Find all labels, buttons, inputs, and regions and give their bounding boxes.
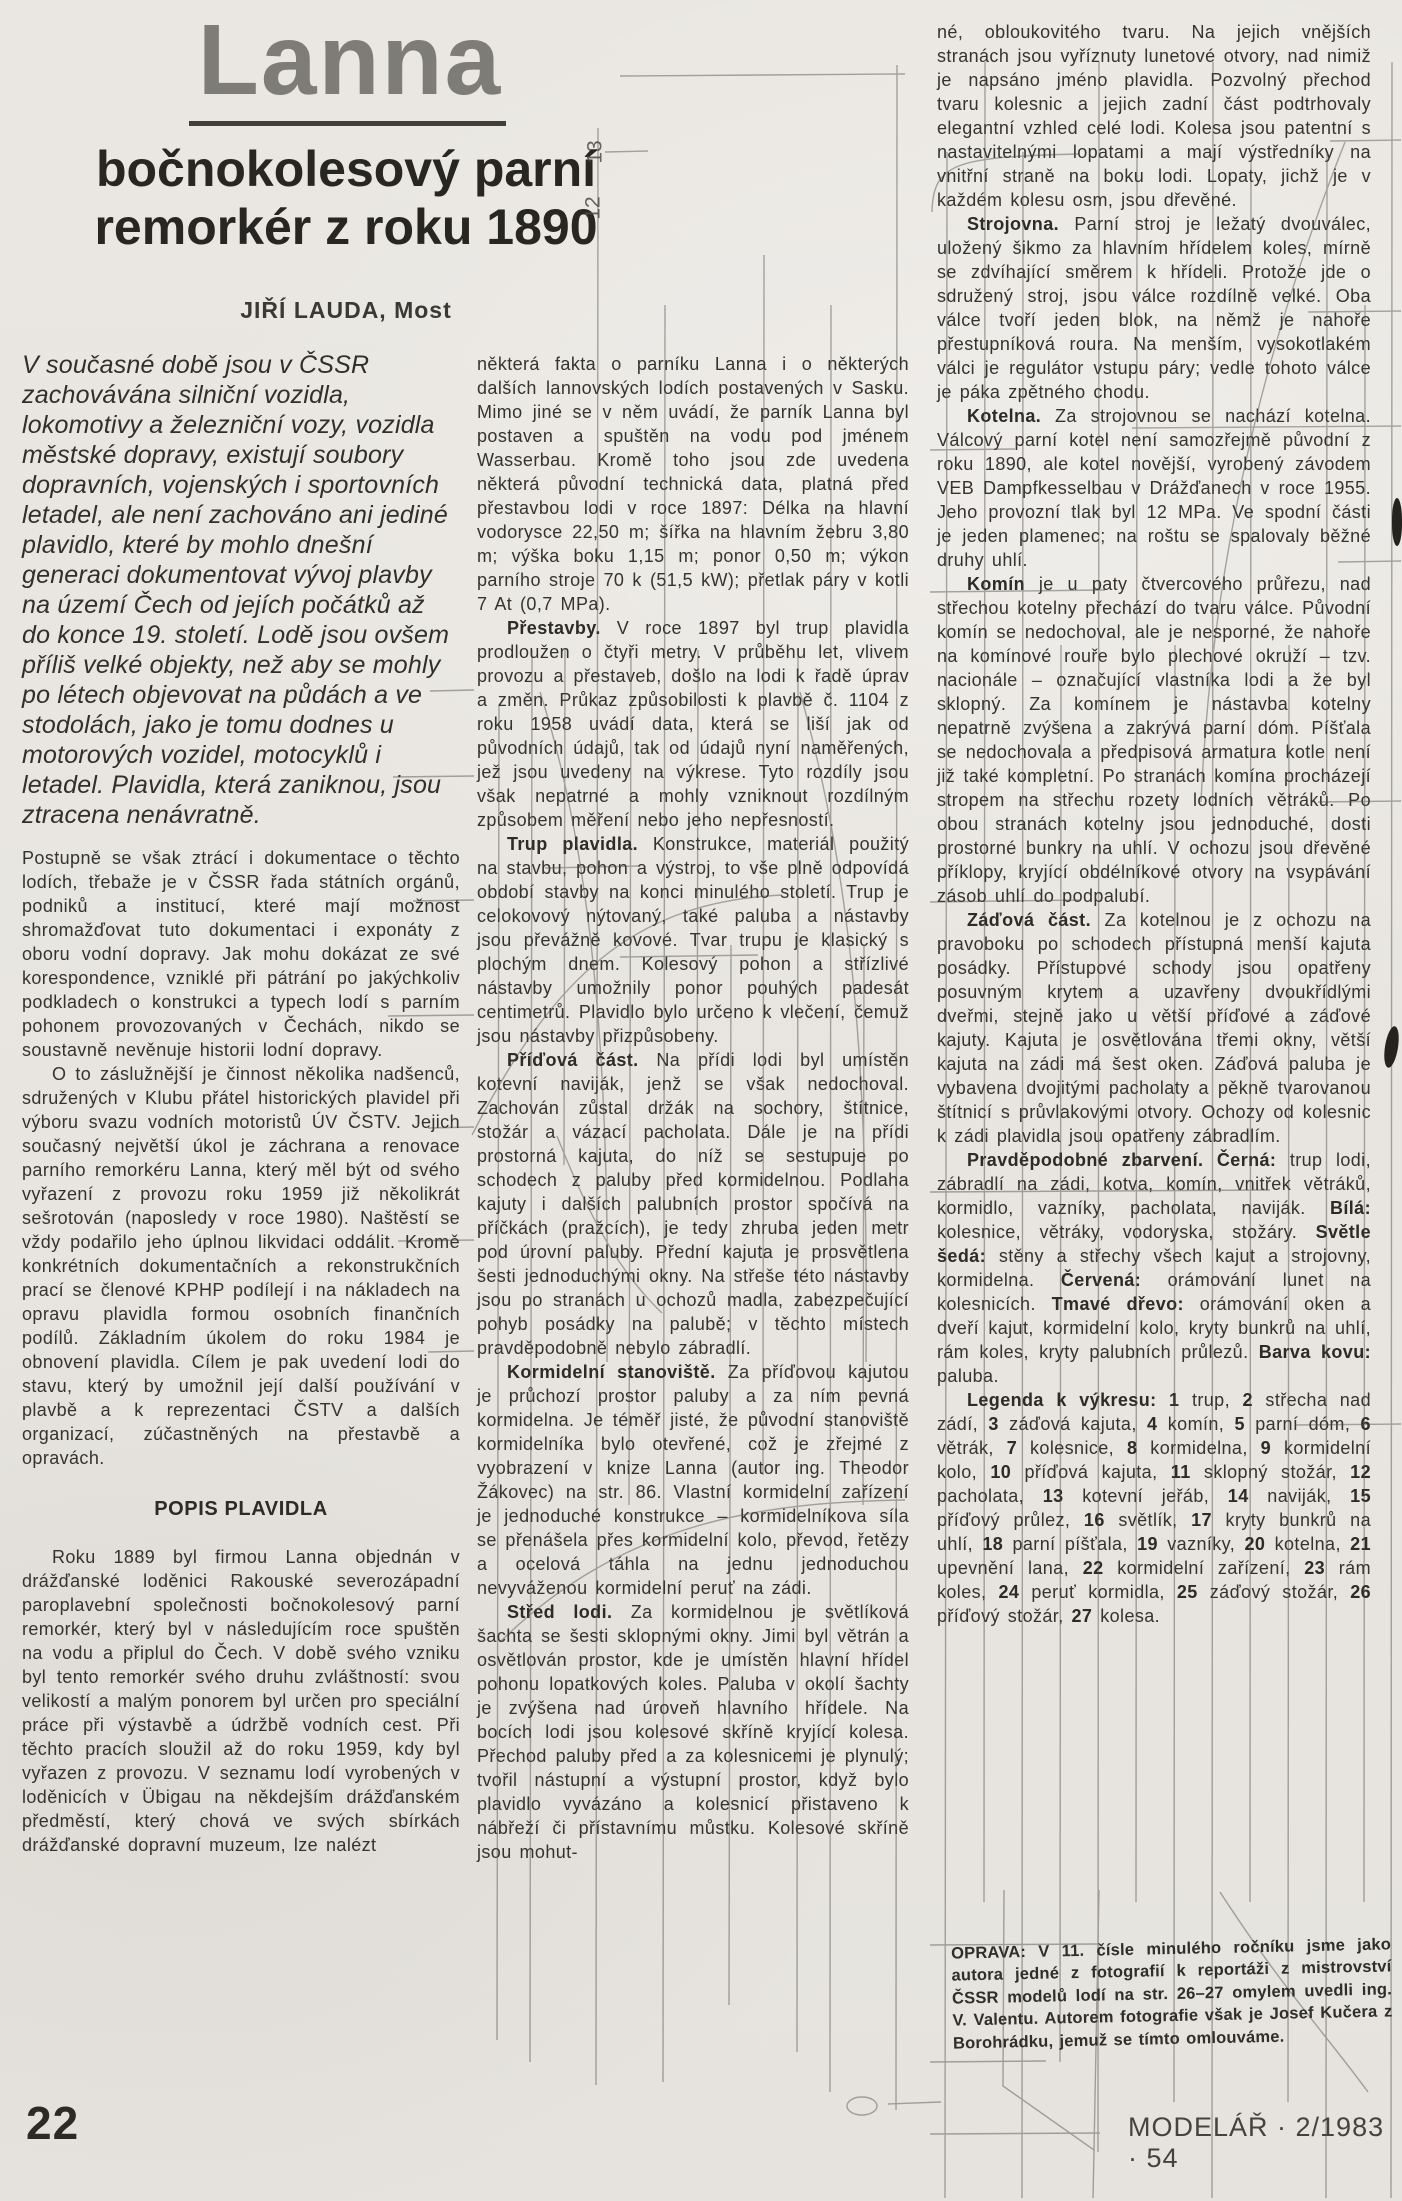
paragraph-bold-run: 22 — [1083, 1558, 1104, 1578]
paragraph-bold-run: 4 — [1147, 1414, 1157, 1434]
drawing-label-12: 12 — [582, 196, 606, 219]
subtitle-line-2: remorkér z roku 1890 — [40, 198, 652, 256]
paragraph-bold-run: 21 — [1350, 1534, 1371, 1554]
paragraph-text-run: kotelna, — [1265, 1534, 1350, 1554]
paragraph-text-run: parní píšťala, — [1003, 1534, 1137, 1554]
paragraph-text-run: Za strojovnou se nachází kotelna. Válcov… — [937, 406, 1371, 570]
paragraph-bold-run: Pravděpodobné zbarvení. Černá: — [967, 1150, 1276, 1170]
section-heading: POPIS PLAVIDLA — [22, 1498, 460, 1521]
paragraph-bold-run: 9 — [1261, 1438, 1271, 1458]
paragraph-text-run: sklopný stožár, — [1191, 1462, 1351, 1482]
paragraph-bold-run: 7 — [1007, 1438, 1017, 1458]
paragraph-bold-run: 5 — [1235, 1414, 1245, 1434]
paragraph-text-run: kolesnice, větráky, vodoryska, stožáry. — [937, 1222, 1316, 1242]
text-column-2: některá fakta o parníku Lanna i o někter… — [477, 352, 909, 1864]
paragraph-bold-run: 18 — [982, 1534, 1003, 1554]
paragraph-text-run: Za kormidelnou je světlíková šachta se š… — [477, 1602, 909, 1862]
paragraph-text-run: kormidelní zařízení, — [1104, 1558, 1305, 1578]
paragraph-bold-run: Legenda k výkresu: — [967, 1390, 1157, 1410]
paragraph-text-run: je u paty čtvercového průřezu, nad střec… — [937, 574, 1371, 906]
paragraph: Kotelna. Za strojovnou se nachází koteln… — [937, 404, 1371, 572]
paragraph-bold-run: 8 — [1127, 1438, 1137, 1458]
paragraph-bold-run: Záďová část. — [967, 910, 1091, 930]
paragraph-text-run: kormidelna, — [1137, 1438, 1260, 1458]
paragraph-text-run: příďová kajuta, — [1011, 1462, 1171, 1482]
lead-paragraph: V současné době jsou v ČSSR zachovávána … — [22, 350, 460, 830]
paragraph: Strojovna. Parní stroj je ležatý dvouvál… — [937, 212, 1371, 404]
paragraph-bold-run: 17 — [1191, 1510, 1212, 1530]
paragraph-bold-run: 1 — [1169, 1390, 1179, 1410]
page-number: 22 — [26, 2096, 79, 2150]
paragraph-text-run: peruť kormidla, — [1019, 1582, 1177, 1602]
scan-edge-mark — [1382, 1025, 1401, 1069]
correction-note: OPRAVA: V 11. čísle minulého ročníku jsm… — [951, 1933, 1393, 2054]
paragraph-bold-run: 14 — [1228, 1486, 1249, 1506]
paragraph-bold-run: 19 — [1137, 1534, 1158, 1554]
page-title: Lanna — [150, 8, 550, 112]
paragraph-text-run: vazníky, — [1158, 1534, 1245, 1554]
drawing-label-13: 13 — [584, 140, 608, 163]
paragraph-text-run: Parní stroj je ležatý dvouválec, uložený… — [937, 214, 1371, 402]
paragraph: Pravděpodobné zbarvení. Černá: trup lodi… — [937, 1148, 1371, 1388]
paragraph-text-run: příďový průlez, — [937, 1510, 1084, 1530]
paragraph-text-run: větrák, — [937, 1438, 1007, 1458]
text-column-1: V současné době jsou v ČSSR zachovávána … — [22, 350, 460, 1857]
paragraph-bold-run: Barva kovu: — [1259, 1342, 1371, 1362]
journal-footer: MODELÁŘ · 2/1983 · 54 — [1128, 2112, 1402, 2174]
paragraph-text-run: upevnění lana, — [937, 1558, 1083, 1578]
paragraph-text-run: kotevní jeřáb, — [1064, 1486, 1228, 1506]
paragraph-text-run: světlík, — [1105, 1510, 1191, 1530]
paragraph-text-run: komín, — [1157, 1414, 1234, 1434]
text-column-3: né, obloukovitého tvaru. Na jejich vnějš… — [937, 20, 1371, 1628]
paragraph-text-run: paluba. — [937, 1366, 999, 1386]
paragraph-bold-run: Trup plavidla. — [507, 834, 638, 854]
paragraph-text-run: O to záslužnější je činnost několika nad… — [22, 1064, 460, 1468]
paragraph-text-run: Na přídi lodi byl umístěn kotevní navijá… — [477, 1050, 909, 1358]
paragraph-bold-run: 16 — [1084, 1510, 1105, 1530]
paragraph-bold-run: 23 — [1304, 1558, 1325, 1578]
paragraph: Kormidelní stanoviště. Za příďovou kajut… — [477, 1360, 909, 1600]
paragraph-bold-run: 27 — [1072, 1606, 1093, 1626]
paragraph: O to záslužnější je činnost několika nad… — [22, 1062, 460, 1470]
page-subtitle: bočnokolesový parní remorkér z roku 1890 — [40, 140, 652, 256]
paragraph: Trup plavidla. Konstrukce, materiál použ… — [477, 832, 909, 1048]
paragraph-text-run: V roce 1897 byl trup plavidla prodloužen… — [477, 618, 909, 830]
paragraph-text-run: některá fakta o parníku Lanna i o někter… — [477, 354, 909, 614]
paragraph-bold-run: 12 — [1350, 1462, 1371, 1482]
paragraph-bold-run: Červená: — [1061, 1270, 1141, 1290]
paragraph-text-run: kolesa. — [1092, 1606, 1160, 1626]
paragraph-bold-run: 25 — [1177, 1582, 1198, 1602]
paragraph-bold-run: 6 — [1361, 1414, 1371, 1434]
paragraph-text-run — [1157, 1390, 1170, 1410]
subtitle-line-1: bočnokolesový parní — [40, 140, 652, 198]
paragraph-bold-run: Střed lodi. — [507, 1602, 612, 1622]
paragraph-text-run: Za příďovou kajutou je průchozí prostor … — [477, 1362, 909, 1598]
paragraph-bold-run: 10 — [990, 1462, 1011, 1482]
paragraph-text-run: záďový stožár, — [1198, 1582, 1350, 1602]
paragraph-text-run: příďový stožár, — [937, 1606, 1072, 1626]
paragraph: Příďová část. Na přídi lodi byl umístěn … — [477, 1048, 909, 1360]
paragraph: Přestavby. V roce 1897 byl trup plavidla… — [477, 616, 909, 832]
paragraph-text-run: záďová kajuta, — [999, 1414, 1147, 1434]
magazine-page: Lanna bočnokolesový parní remorkér z rok… — [0, 0, 1402, 2201]
paragraph: některá fakta o parníku Lanna i o někter… — [477, 352, 909, 616]
paragraph-bold-run: Bílá: — [1330, 1198, 1371, 1218]
paragraph-bold-run: Komín — [967, 574, 1025, 594]
paragraph: Střed lodi. Za kormidelnou je světlíková… — [477, 1600, 909, 1864]
paragraph-bold-run: 20 — [1244, 1534, 1265, 1554]
scan-edge-mark — [1392, 498, 1402, 546]
paragraph-bold-run: Kormidelní stanoviště. — [507, 1362, 716, 1382]
paragraph-text-run: pacholata, — [937, 1486, 1043, 1506]
paragraph-bold-run: 13 — [1043, 1486, 1064, 1506]
title-underline — [189, 121, 506, 126]
paragraph: né, obloukovitého tvaru. Na jejich vnějš… — [937, 20, 1371, 212]
paragraph-text-run: trup, — [1179, 1390, 1242, 1410]
paragraph-bold-run: Strojovna. — [967, 214, 1059, 234]
paragraph: Roku 1889 byl firmou Lanna objednán v dr… — [22, 1545, 460, 1857]
paragraph-text-run: parní dóm, — [1245, 1414, 1361, 1434]
paragraph-text-run: V současné době jsou v ČSSR zachovávána … — [22, 351, 449, 829]
paragraph-text-run: né, obloukovitého tvaru. Na jejich vnějš… — [937, 22, 1371, 210]
paragraph-text-run: Za kotelnou je z ochozu na pravoboku po … — [937, 910, 1371, 1146]
paragraph-bold-run: 24 — [998, 1582, 1019, 1602]
paragraph-text-run: naviják, — [1249, 1486, 1351, 1506]
paragraph-text-run: Postupně se však ztrácí i dokumentace o … — [22, 848, 460, 1060]
paragraph: Komín je u paty čtvercového průřezu, nad… — [937, 572, 1371, 908]
paragraph: Záďová část. Za kotelnou je z ochozu na … — [937, 908, 1371, 1148]
paragraph-text-run: Roku 1889 byl firmou Lanna objednán v dr… — [22, 1547, 460, 1855]
paragraph-bold-run: Kotelna. — [967, 406, 1041, 426]
paragraph-bold-run: Příďová část. — [507, 1050, 639, 1070]
paragraph-bold-run: 3 — [988, 1414, 998, 1434]
paragraph-bold-run: 11 — [1171, 1462, 1191, 1482]
paragraph-bold-run: 2 — [1242, 1390, 1252, 1410]
paragraph-bold-run: 26 — [1350, 1582, 1371, 1602]
paragraph-bold-run: Tmavé dřevo: — [1052, 1294, 1184, 1314]
paragraph-text-run: kolesnice, — [1017, 1438, 1127, 1458]
author-byline: JIŘÍ LAUDA, Most — [40, 297, 652, 324]
paragraph-bold-run: 15 — [1350, 1486, 1371, 1506]
paragraph-text-run: Konstrukce, materiál použitý na stavbu, … — [477, 834, 909, 1046]
paragraph: Legenda k výkresu: 1 trup, 2 střecha nad… — [937, 1388, 1371, 1628]
paragraph: Postupně se však ztrácí i dokumentace o … — [22, 846, 460, 1062]
paragraph-bold-run: Přestavby. — [507, 618, 601, 638]
